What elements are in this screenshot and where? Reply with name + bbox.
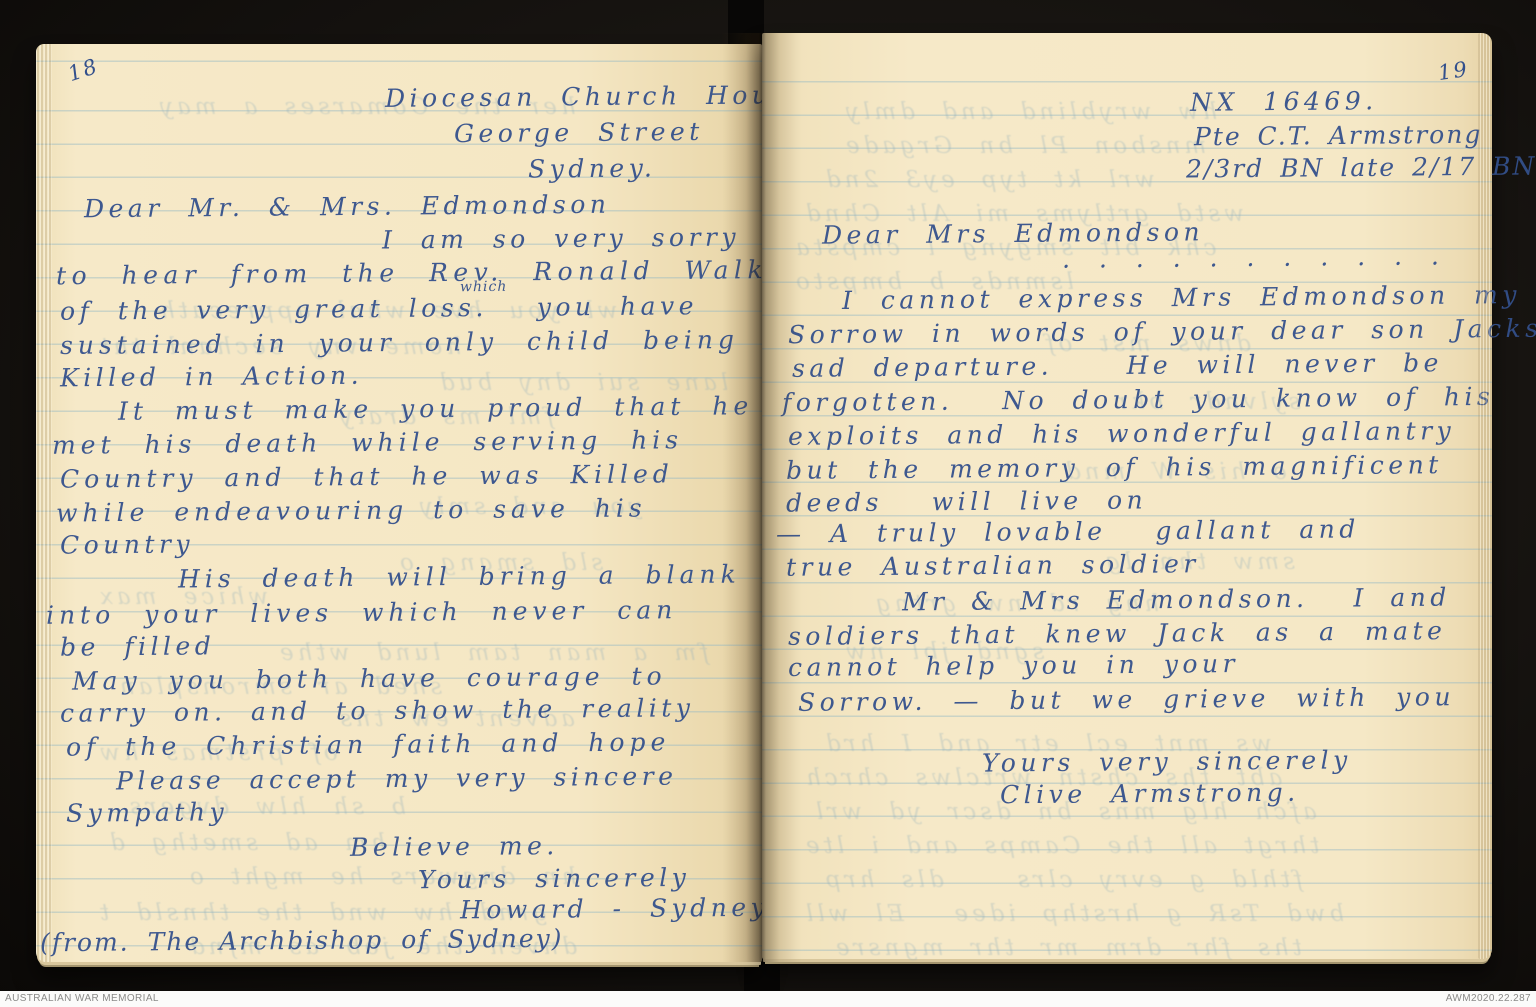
archive-name-label: AUSTRALIAN WAR MEMORIAL: [5, 994, 159, 1004]
handwritten-line: forgotten. No doubt you know of his: [782, 384, 1494, 415]
handwritten-line: I cannot express Mrs Edmondson my: [842, 282, 1521, 313]
handwritten-line: of the very great loss. you have: [60, 293, 698, 324]
bleedthrough-line: ths fhr drm mr thr mgnsre: [832, 937, 1302, 960]
bleedthrough-line: wrl kt typ ey3 2nd: [822, 169, 1155, 192]
handwritten-line: Sympathy: [66, 799, 228, 825]
handwritten-line: Yours very sincerely: [982, 747, 1352, 775]
handwritten-line: into your lives which never can: [46, 597, 677, 628]
bleedthrough-line: thrgt all the Camps and i lte: [802, 835, 1319, 858]
bookmark-ribbon-top: [728, 0, 764, 50]
handwritten-line: Mr & Mrs Edmondson. I and: [902, 585, 1451, 615]
handwritten-line: Believe me.: [350, 833, 559, 860]
handwritten-line: Sorrow. — but we grieve with you: [798, 684, 1455, 715]
handwritten-line: deeds will live on: [786, 487, 1147, 515]
bleedthrough-line: bwd TsR g hrsthp idee El wll: [802, 903, 1344, 926]
catalog-number-label: AWM2020.22.287: [1446, 994, 1531, 1004]
handwritten-line: Pte C.T. Armstrong: [1194, 122, 1483, 150]
handwritten-line: Country: [60, 531, 194, 557]
handwritten-line: Sorrow in words of your dear son Jacks: [788, 316, 1536, 348]
handwritten-line: George Street: [454, 119, 704, 146]
handwritten-line: Dear Mr. & Mrs. Edmondson: [84, 192, 611, 222]
handwritten-line: while endeavouring to save his: [56, 495, 647, 525]
handwritten-line: Country and that he was Killed: [60, 461, 674, 491]
handwritten-line: exploits and his wonderful gallantry: [788, 418, 1455, 449]
page-number-left: 18: [65, 54, 102, 86]
handwritten-line: Killed in Action.: [60, 363, 363, 391]
handwritten-line: NX 16469.: [1190, 88, 1378, 115]
handwritten-line: Diocesan Church House: [385, 82, 809, 111]
bleedthrough-line: mnsbon Pl bn Grgade: [842, 135, 1206, 158]
handwritten-line: His death will bring a blank: [178, 562, 741, 592]
handwritten-line: carry on. and to show the reality: [60, 695, 695, 726]
handwritten-line: of the Christian faith and hope: [66, 729, 670, 759]
handwritten-line: soldiers that knew Jack as a mate: [788, 618, 1447, 649]
handwritten-line: be filled: [60, 633, 216, 659]
handwritten-line: but the memory of his magnificent: [786, 452, 1443, 483]
handwritten-line: Yours sincerely: [418, 865, 691, 892]
handwritten-line: — A truly lovable gallant and: [776, 516, 1360, 546]
notebook-page-left: 18 her the Comarses a maywl you hve whal…: [36, 44, 762, 962]
handwritten-line: It must make you proud that he: [118, 393, 753, 424]
handwritten-line: to hear from the Rev. Ronald Walker.: [56, 257, 817, 289]
handwritten-line: Howard - Sydney.: [460, 895, 779, 923]
catalog-strip: AUSTRALIAN WAR MEMORIAL AWM2020.22.287: [0, 991, 1536, 1007]
photographed-open-notebook: 18 her the Comarses a maywl you hve whal…: [0, 0, 1536, 1007]
bleedthrough-line: fthld g evry clrs dls hrp: [822, 869, 1303, 892]
handwritten-line: Clive Armstrong.: [1000, 780, 1300, 808]
handwritten-line: Please accept my very sincere: [116, 764, 678, 794]
handwritten-line: sustained in your only child being: [60, 327, 739, 358]
handwritten-line: met his death while serving his: [52, 427, 683, 458]
handwritten-line: May you both have courage to: [72, 663, 667, 693]
handwritten-line: Sydney.: [528, 155, 657, 181]
page-number-right: 19: [1436, 57, 1470, 85]
handwritten-line: I am so very sorry: [382, 224, 740, 252]
handwritten-line: . . . . . . . . . . .: [1062, 243, 1444, 271]
bleedthrough-line: hw wryblind and dmly: [842, 101, 1217, 124]
notebook-page-right: 19 hw wryblind and dmlymnsbon Pl bn Grga…: [762, 33, 1492, 959]
handwritten-line: (from. The Archbishop of Sydney): [40, 926, 564, 956]
bleedthrough-line: hm ad smethg d: [106, 832, 386, 855]
handwritten-line: sad departure. He will never be: [792, 350, 1443, 381]
handwritten-line: 2/3rd BN late 2/17 BN: [1186, 153, 1536, 181]
handwritten-line: true Australian soldier: [786, 551, 1200, 580]
handwritten-line: cannot help you in your: [788, 651, 1239, 680]
